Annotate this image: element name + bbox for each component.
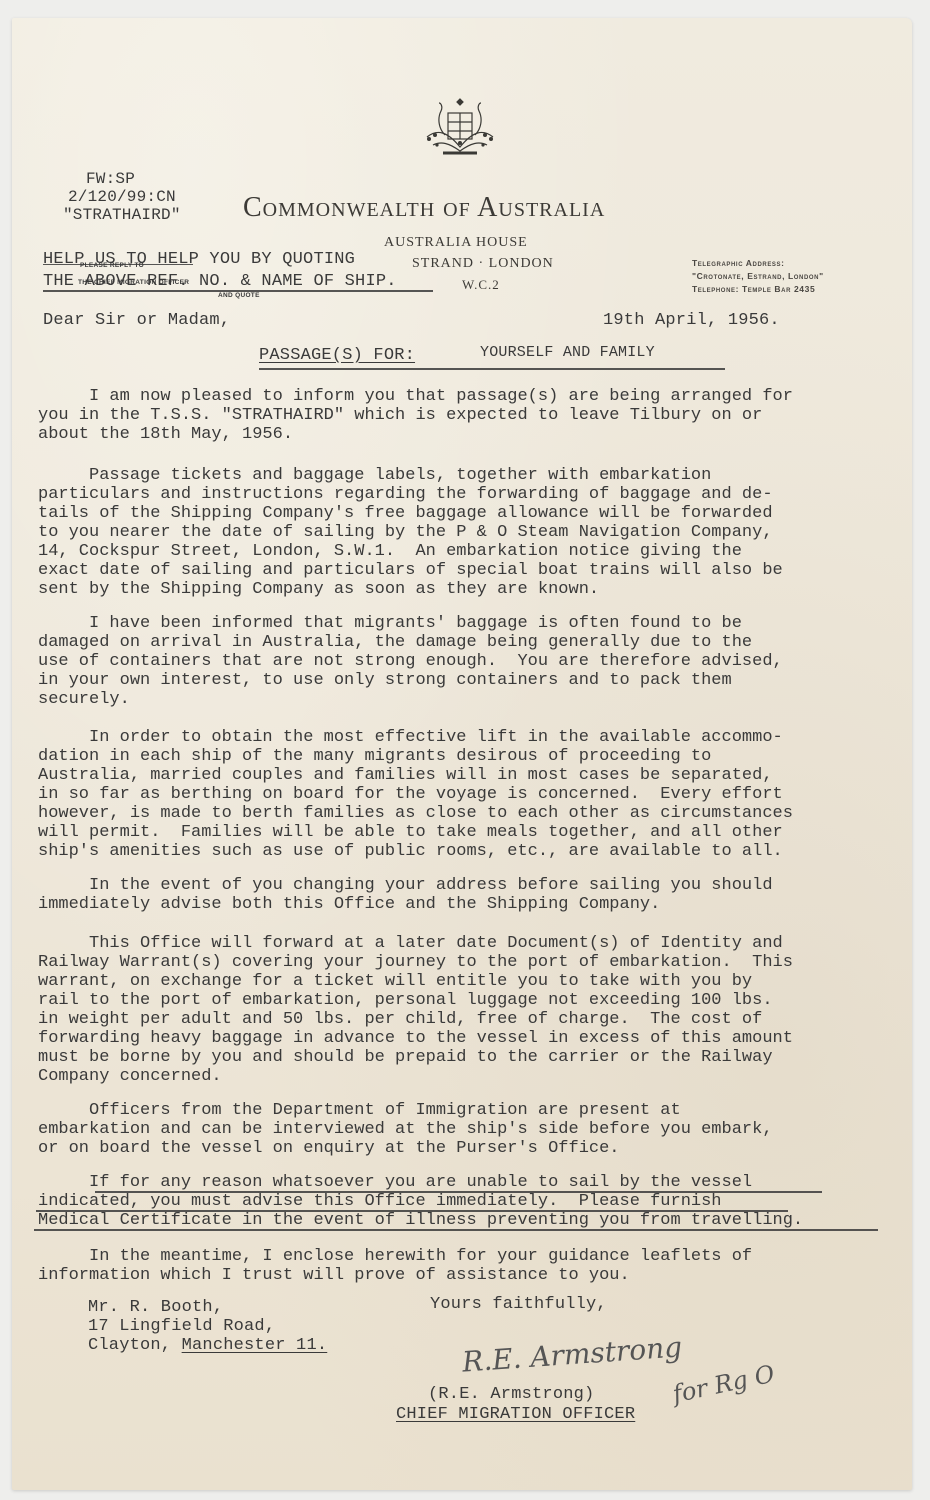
text-line: particulars and instructions regarding t… <box>38 485 898 504</box>
letterhead-title: Commonwealth of Australia <box>243 192 605 224</box>
recipient-suburb: Clayton, <box>88 1336 182 1355</box>
typed-signatory-name: (R.E. Armstrong) <box>428 1385 594 1404</box>
paragraph-3: I have been informed that migrants' bagg… <box>38 614 898 709</box>
paragraph-2: Passage tickets and baggage labels, toge… <box>38 466 898 599</box>
address-line-1: AUSTRALIA HOUSE <box>384 235 528 251</box>
text-line: to you nearer the date of sailing by the… <box>38 523 898 542</box>
text-line: in your own interest, to use only strong… <box>38 671 898 690</box>
text-line: I have been informed that migrants' bagg… <box>38 614 898 633</box>
text-line: you in the T.S.S. "STRATHAIRD" which is … <box>38 406 898 425</box>
recipient-name: Mr. R. Booth, <box>88 1298 223 1317</box>
address-line-2: STRAND · LONDON <box>412 256 554 272</box>
text-line: forwarding heavy baggage in advance to t… <box>38 1029 898 1048</box>
text-line: Medical Certificate in the event of illn… <box>38 1211 898 1230</box>
reference-line-2: 2/120/99:CN <box>68 188 176 207</box>
text-line: This Office will forward at a later date… <box>38 934 898 953</box>
text-line: If for any reason whatsoever you are una… <box>38 1173 898 1192</box>
notice-underline-1 <box>95 1191 822 1193</box>
valediction: Yours faithfully, <box>430 1295 607 1314</box>
text-line: I am now pleased to inform you that pass… <box>38 387 898 406</box>
text-line: indicated, you must advise this Office i… <box>38 1192 898 1211</box>
paragraph-5: In the event of you changing your addres… <box>38 876 898 914</box>
paragraph-7: Officers from the Department of Immigrat… <box>38 1101 898 1158</box>
address-line-3: W.C.2 <box>462 277 500 293</box>
paragraph-6: This Office will forward at a later date… <box>38 934 898 1086</box>
text-line: rail to the port of embarkation, persona… <box>38 991 898 1010</box>
notice-underline-3 <box>34 1229 878 1231</box>
telegraphic-label: Telegraphic Address: <box>692 258 785 268</box>
passage-recipients: YOURSELF AND FAMILY <box>480 343 655 362</box>
telegraphic-address: "Crotonate, Estrand, London" <box>692 271 824 281</box>
paragraph-4: In order to obtain the most effective li… <box>38 728 898 861</box>
text-line: securely. <box>38 690 898 709</box>
recipient-street: 17 Lingfield Road, <box>88 1317 275 1336</box>
coat-of-arms-icon <box>415 95 505 165</box>
text-line: Passage tickets and baggage labels, toge… <box>38 466 898 485</box>
text-line: immediately advise both this Office and … <box>38 895 898 914</box>
recipient-city: Manchester 11. <box>182 1336 328 1355</box>
reference-ship-name: "STRATHAIRD" <box>63 206 181 225</box>
text-line: must be borne by you and should be prepa… <box>38 1048 898 1067</box>
text-line: 14, Cockspur Street, London, S.W.1. An e… <box>38 542 898 561</box>
text-line: tails of the Shipping Company's free bag… <box>38 504 898 523</box>
text-line: damaged on arrival in Australia, the dam… <box>38 633 898 652</box>
notice-underline-2 <box>36 1210 788 1212</box>
reference-line-1: FW:SP <box>86 170 135 189</box>
text-line: in so far as berthing on board for the v… <box>38 785 898 804</box>
text-line: Company concerned. <box>38 1067 898 1086</box>
paragraph-1: I am now pleased to inform you that pass… <box>38 387 898 444</box>
signatory-title: CHIEF MIGRATION OFFICER <box>396 1405 635 1424</box>
text-line: embarkation and can be interviewed at th… <box>38 1120 898 1139</box>
text-line: will permit. Families will be able to ta… <box>38 823 898 842</box>
paragraph-9: In the meantime, I enclose herewith for … <box>38 1247 898 1285</box>
text-line: dation in each ship of the many migrants… <box>38 747 898 766</box>
text-line: In the event of you changing your addres… <box>38 876 898 895</box>
reply-to-label: PLEASE REPLY TO <box>80 262 144 269</box>
text-line: In order to obtain the most effective li… <box>38 728 898 747</box>
text-line: information which I trust will prove of … <box>38 1266 898 1285</box>
passage-label: PASSAGE(S) FOR: <box>259 346 415 365</box>
text-line: sent by the Shipping Company as soon as … <box>38 580 898 599</box>
text-line: in weight per adult and 50 lbs. per chil… <box>38 1010 898 1029</box>
reply-to-officer: THE CHIEF MIGRATION OFFICER <box>78 279 189 286</box>
letter-date: 19th April, 1956. <box>603 311 780 330</box>
text-line: exact date of sailing and particulars of… <box>38 561 898 580</box>
text-line: however, is made to berth families as cl… <box>38 804 898 823</box>
text-line: or on board the vessel on enquiry at the… <box>38 1139 898 1158</box>
paragraph-8-important-notice: If for any reason whatsoever you are una… <box>38 1173 898 1230</box>
salutation: Dear Sir or Madam, <box>43 311 230 330</box>
text-line: Officers from the Department of Immigrat… <box>38 1101 898 1120</box>
text-line: ship's amenities such as use of public r… <box>38 842 898 861</box>
text-line: use of containers that are not strong en… <box>38 652 898 671</box>
text-line: In the meantime, I enclose herewith for … <box>38 1247 898 1266</box>
text-line: Australia, married couples and families … <box>38 766 898 785</box>
text-line: Railway Warrant(s) covering your journey… <box>38 953 898 972</box>
recipient-city-line: Clayton, Manchester 11. <box>88 1336 327 1355</box>
telephone-number: Telephone: Temple Bar 2435 <box>692 284 815 294</box>
text-line: about the 18th May, 1956. <box>38 425 898 444</box>
passage-underline <box>259 368 725 370</box>
text-line: warrant, on exchange for a ticket will e… <box>38 972 898 991</box>
reply-quote-label: AND QUOTE <box>218 292 260 299</box>
